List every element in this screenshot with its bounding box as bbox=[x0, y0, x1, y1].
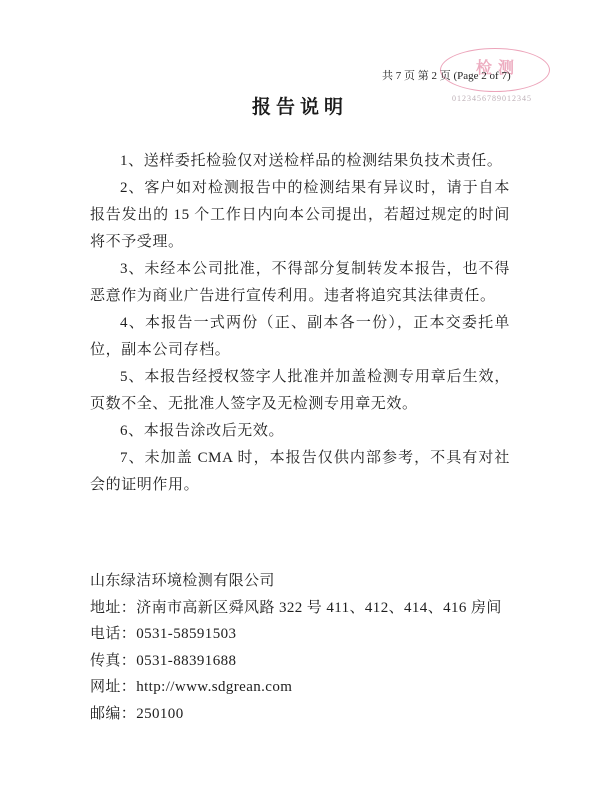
clause-6: 6、本报告涂改后无效。 bbox=[90, 418, 510, 445]
phone-value: 0531-58591503 bbox=[136, 626, 236, 642]
company-address: 地址：济南市高新区舜风路 322 号 411、412、414、416 房间 bbox=[90, 595, 530, 622]
company-phone: 电话：0531-58591503 bbox=[90, 621, 530, 648]
company-website: 网址：http://www.sdgrean.com bbox=[90, 674, 530, 701]
address-label: 地址： bbox=[90, 600, 136, 616]
clause-3: 3、未经本公司批准，不得部分复制转发本报告，也不得恶意作为商业广告进行宣传利用。… bbox=[90, 256, 510, 310]
postcode-value: 250100 bbox=[136, 706, 183, 722]
address-value: 济南市高新区舜风路 322 号 411、412、414、416 房间 bbox=[136, 600, 502, 616]
website-label: 网址： bbox=[90, 679, 136, 695]
company-postcode: 邮编：250100 bbox=[90, 701, 530, 728]
report-clauses: 1、送样委托检验仅对送检样品的检测结果负技术责任。 2、客户如对检测报告中的检测… bbox=[90, 148, 510, 499]
clause-5: 5、本报告经授权签字人批准并加盖检测专用章后生效，页数不全、无批准人签字及无检测… bbox=[90, 364, 510, 418]
clause-2: 2、客户如对检测报告中的检测结果有异议时，请于自本报告发出的 15 个工作日内向… bbox=[90, 175, 510, 256]
company-info: 山东绿洁环境检测有限公司 地址：济南市高新区舜风路 322 号 411、412、… bbox=[90, 568, 530, 727]
document-title: 报告说明 bbox=[0, 92, 600, 119]
website-value: http://www.sdgrean.com bbox=[136, 679, 292, 695]
fax-value: 0531-88391688 bbox=[136, 653, 236, 669]
clause-7: 7、未加盖 CMA 时，本报告仅供内部参考，不具有对社会的证明作用。 bbox=[90, 445, 510, 499]
clause-4: 4、本报告一式两份（正、副本各一份），正本交委托单位，副本公司存档。 bbox=[90, 310, 510, 364]
clause-1: 1、送样委托检验仅对送检样品的检测结果负技术责任。 bbox=[90, 148, 510, 175]
page-indicator: 共 7 页 第 2 页 (Page 2 of 7) bbox=[382, 67, 511, 83]
company-name: 山东绿洁环境检测有限公司 bbox=[90, 568, 530, 595]
phone-label: 电话： bbox=[90, 626, 136, 642]
company-fax: 传真：0531-88391688 bbox=[90, 648, 530, 675]
postcode-label: 邮编： bbox=[90, 706, 136, 722]
fax-label: 传真： bbox=[90, 653, 136, 669]
